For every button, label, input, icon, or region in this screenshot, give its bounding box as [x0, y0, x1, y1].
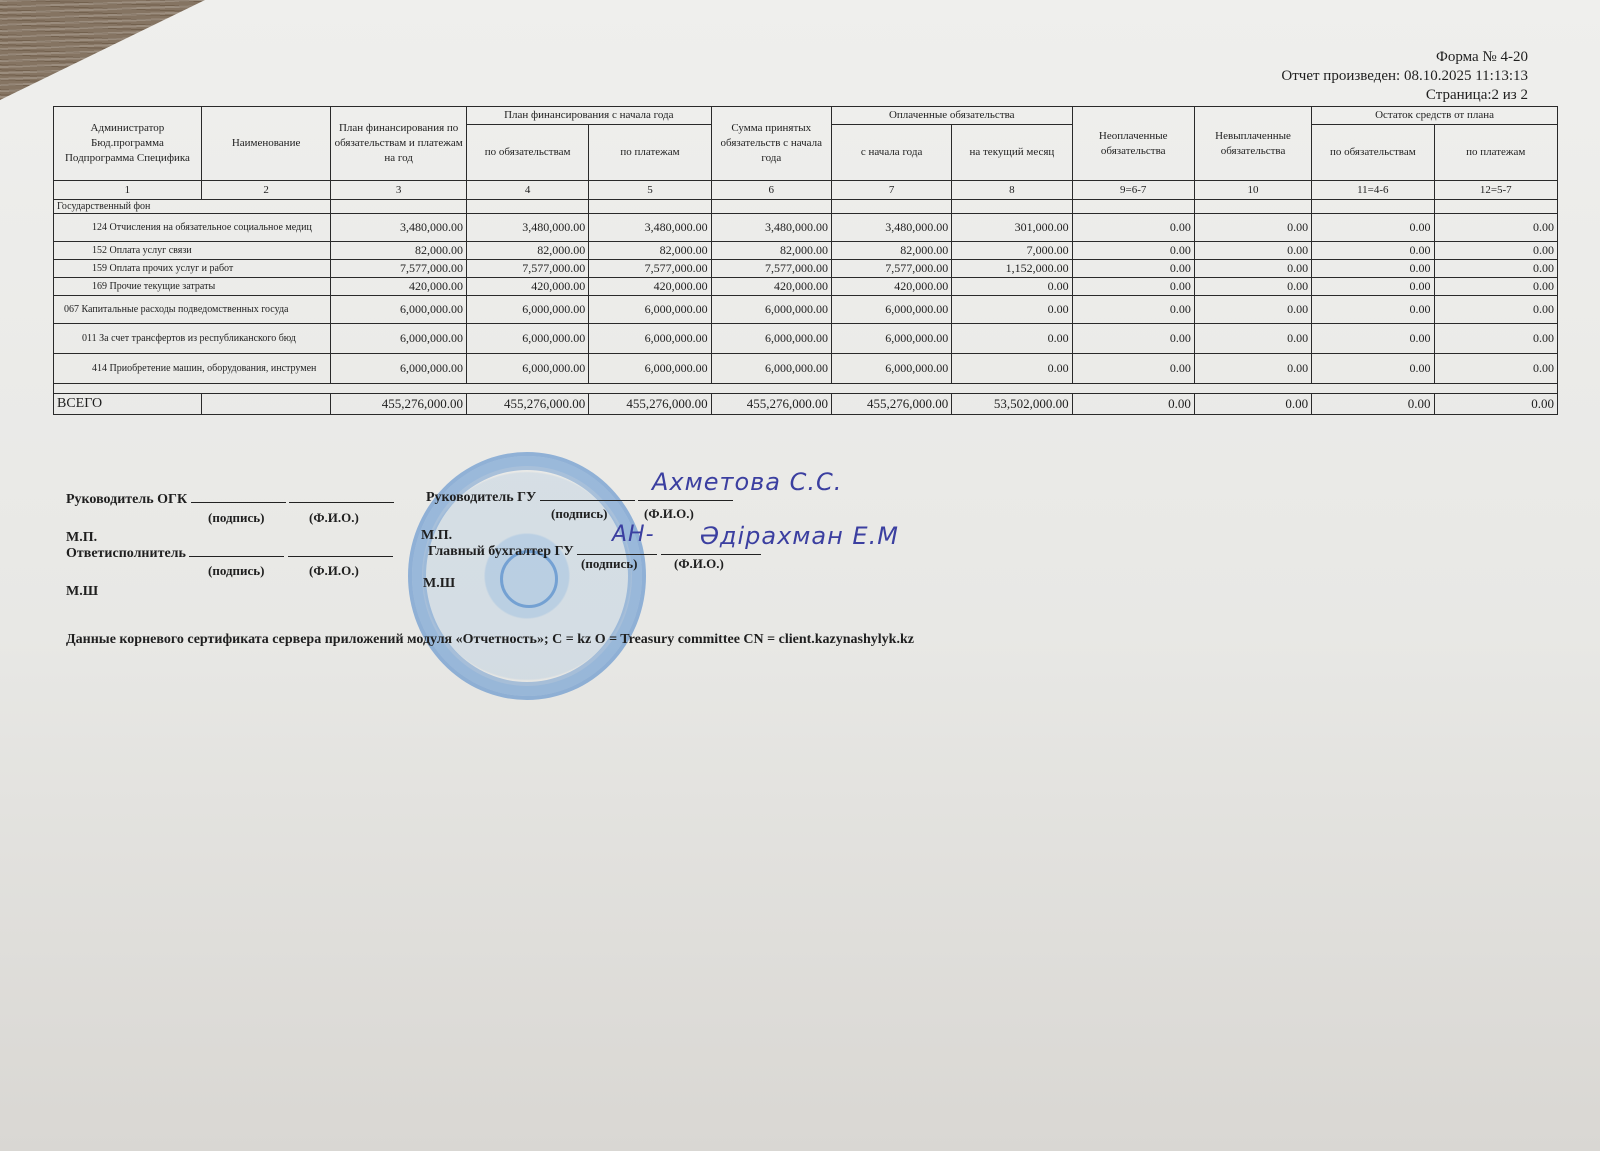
column-number: 6 — [711, 181, 831, 200]
header-undisbursed: Невыплаченные обязательства — [1194, 107, 1311, 181]
cell-value: 6,000,000.00 — [466, 296, 588, 324]
header-plan-obligations: по обязательствам — [466, 125, 588, 181]
cell-value: 0.00 — [1434, 324, 1558, 354]
cell-value: 0.00 — [1434, 296, 1558, 324]
cell-value: 301,000.00 — [952, 214, 1072, 242]
cell-value: 6,000,000.00 — [466, 324, 588, 354]
total-value: 0.00 — [1434, 394, 1558, 415]
cell-value: 0.00 — [1072, 242, 1194, 260]
cell-value: 0.00 — [1072, 324, 1194, 354]
msh-label: М.Ш — [66, 584, 98, 600]
cell-value: 3,480,000.00 — [589, 214, 711, 242]
cell-value: 0.00 — [1312, 296, 1434, 324]
cell-value: 6,000,000.00 — [466, 354, 588, 384]
cell-value: 0.00 — [1194, 214, 1311, 242]
cell-value: 7,577,000.00 — [331, 260, 467, 278]
cell-value: 0.00 — [1194, 278, 1311, 296]
signature-caption: (подпись) — [551, 506, 607, 521]
form-number: Форма № 4-20 — [1281, 48, 1528, 67]
cell-value: 3,480,000.00 — [831, 214, 951, 242]
column-number: 11=4-6 — [1312, 181, 1434, 200]
cell-value: 0.00 — [952, 278, 1072, 296]
row-label: 124 Отчисления на обязательное социально… — [54, 214, 331, 242]
cell-value: 0.00 — [1312, 278, 1434, 296]
cell-value: 0.00 — [952, 354, 1072, 384]
cell-value: 0.00 — [1072, 354, 1194, 384]
header-name: Наименование — [201, 107, 330, 181]
report-header: Форма № 4-20 Отчет произведен: 08.10.202… — [1281, 48, 1528, 105]
cell-value: 0.00 — [1434, 214, 1558, 242]
table-row: 067 Капитальные расходы подведомственных… — [54, 296, 1558, 324]
head-ogk-label: Руководитель ОГК — [66, 492, 187, 507]
report-timestamp: Отчет произведен: 08.10.2025 11:13:13 — [1281, 67, 1528, 86]
row-label: 067 Капитальные расходы подведомственных… — [54, 296, 331, 324]
cell-value: 0.00 — [1312, 260, 1434, 278]
row-label: 011 За счет трансфертов из республиканск… — [54, 324, 331, 354]
cell-value: 82,000.00 — [466, 242, 588, 260]
table-row: 011 За счет трансфертов из республиканск… — [54, 324, 1558, 354]
cell-value: 6,000,000.00 — [831, 324, 951, 354]
column-number: 9=6-7 — [1072, 181, 1194, 200]
head-gu-label: Руководитель ГУ — [426, 490, 536, 505]
total-value: 455,276,000.00 — [589, 394, 711, 415]
cell-value: 0.00 — [1312, 354, 1434, 384]
fio-caption: (Ф.И.О.) — [309, 510, 359, 525]
fio-caption: (Ф.И.О.) — [674, 556, 724, 571]
row-label: 169 Прочие текущие затраты — [54, 278, 331, 296]
header-rest-obligations: по обязательствам — [1312, 125, 1434, 181]
msh-label-gu: М.Ш — [423, 576, 455, 592]
signature-caption: (подпись) — [208, 563, 264, 578]
chief-accountant-handwritten-name: Әдірахман Е.М — [700, 522, 899, 550]
cell-value: 0.00 — [952, 324, 1072, 354]
cell-value: 420,000.00 — [831, 278, 951, 296]
chief-accountant-signature: AH- — [612, 522, 655, 547]
total-value: 0.00 — [1194, 394, 1311, 415]
cell-value: 82,000.00 — [589, 242, 711, 260]
cell-value: 6,000,000.00 — [331, 354, 467, 384]
column-number-row: 123456789=6-71011=4-612=5-7 — [54, 181, 1558, 200]
cell-value: 0.00 — [1072, 278, 1194, 296]
cell-value: 0.00 — [1072, 260, 1194, 278]
cell-value: 82,000.00 — [831, 242, 951, 260]
cell-value: 0.00 — [1312, 324, 1434, 354]
head-gu-handwritten-name: Ахметова С.С. — [652, 468, 842, 496]
total-label: ВСЕГО — [54, 394, 202, 415]
fio-caption: (Ф.И.О.) — [309, 563, 359, 578]
cell-value: 7,000.00 — [952, 242, 1072, 260]
total-value: 455,276,000.00 — [331, 394, 467, 415]
cell-value: 7,577,000.00 — [589, 260, 711, 278]
total-value: 53,502,000.00 — [952, 394, 1072, 415]
table-row: 414 Приобретение машин, оборудования, ин… — [54, 354, 1558, 384]
cell-value: 0.00 — [952, 296, 1072, 324]
column-number: 4 — [466, 181, 588, 200]
signature-caption: (подпись) — [581, 556, 637, 571]
header-plan-ytd-group: План финансирования с начала года — [466, 107, 711, 125]
cell-value: 0.00 — [1194, 260, 1311, 278]
table-row: 152 Оплата услуг связи82,000.0082,000.00… — [54, 242, 1558, 260]
cell-value: 82,000.00 — [711, 242, 831, 260]
column-number: 7 — [831, 181, 951, 200]
cell-value: 0.00 — [1072, 296, 1194, 324]
total-value: 455,276,000.00 — [831, 394, 951, 415]
total-value: 0.00 — [1312, 394, 1434, 415]
chief-accountant-label: Главный бухгалтер ГУ — [428, 544, 574, 559]
cell-value: 6,000,000.00 — [331, 324, 467, 354]
cell-value: 0.00 — [1434, 354, 1558, 384]
cell-value: 7,577,000.00 — [711, 260, 831, 278]
signature-caption: (подпись) — [208, 510, 264, 525]
cell-value: 0.00 — [1194, 354, 1311, 384]
cell-value: 7,577,000.00 — [831, 260, 951, 278]
page-number: Страница:2 из 2 — [1281, 86, 1528, 105]
responsible-label: Ответисполнитель — [66, 546, 186, 561]
cell-value: 7,577,000.00 — [466, 260, 588, 278]
header-paid-group: Оплаченные обязательства — [831, 107, 1072, 125]
cell-value: 420,000.00 — [711, 278, 831, 296]
column-number: 10 — [1194, 181, 1311, 200]
row-label: 152 Оплата услуг связи — [54, 242, 331, 260]
header-paid-ytd: с начала года — [831, 125, 951, 181]
row-label: 159 Оплата прочих услуг и работ — [54, 260, 331, 278]
cell-value: 3,480,000.00 — [711, 214, 831, 242]
table-row: 124 Отчисления на обязательное социально… — [54, 214, 1558, 242]
cell-value: 0.00 — [1312, 242, 1434, 260]
cell-value: 0.00 — [1434, 278, 1558, 296]
mp-label-gu: М.П. — [421, 528, 452, 544]
cell-value: 420,000.00 — [589, 278, 711, 296]
header-annual-plan: План финансирования по обязательствам и … — [331, 107, 467, 181]
header-paid-month: на текущий месяц — [952, 125, 1072, 181]
header-plan-payments: по платежам — [589, 125, 711, 181]
column-number: 1 — [54, 181, 202, 200]
total-value: 455,276,000.00 — [466, 394, 588, 415]
cell-value: 0.00 — [1194, 324, 1311, 354]
cell-value: 0.00 — [1312, 214, 1434, 242]
header-remainder-group: Остаток средств от плана — [1312, 107, 1558, 125]
mp-label: М.П. — [66, 530, 97, 546]
financing-report-table: Администратор Бюд.программа Подпрограмма… — [53, 106, 1558, 415]
cell-value: 6,000,000.00 — [331, 296, 467, 324]
header-rest-payments: по платежам — [1434, 125, 1558, 181]
column-number: 12=5-7 — [1434, 181, 1558, 200]
cell-value: 0.00 — [1194, 296, 1311, 324]
total-value: 455,276,000.00 — [711, 394, 831, 415]
header-admin: Администратор Бюд.программа Подпрограмма… — [54, 107, 202, 181]
table-row: 169 Прочие текущие затраты420,000.00420,… — [54, 278, 1558, 296]
cell-value: 0.00 — [1194, 242, 1311, 260]
header-unpaid: Неоплаченные обязательства — [1072, 107, 1194, 181]
column-number: 3 — [331, 181, 467, 200]
fio-caption: (Ф.И.О.) — [644, 506, 694, 521]
cell-value: 82,000.00 — [331, 242, 467, 260]
fund-label: Государственный фон — [54, 200, 331, 214]
column-number: 5 — [589, 181, 711, 200]
row-label: 414 Приобретение машин, оборудования, ин… — [54, 354, 331, 384]
cell-value: 0.00 — [1072, 214, 1194, 242]
cell-value: 6,000,000.00 — [711, 296, 831, 324]
cell-value: 3,480,000.00 — [466, 214, 588, 242]
total-row: ВСЕГО455,276,000.00455,276,000.00455,276… — [54, 394, 1558, 415]
cell-value: 6,000,000.00 — [711, 324, 831, 354]
cell-value: 1,152,000.00 — [952, 260, 1072, 278]
document-page: Форма № 4-20 Отчет произведен: 08.10.202… — [0, 0, 1600, 1151]
cell-value: 0.00 — [1434, 242, 1558, 260]
cell-value: 420,000.00 — [331, 278, 467, 296]
table-row: 159 Оплата прочих услуг и работ7,577,000… — [54, 260, 1558, 278]
cell-value: 6,000,000.00 — [589, 296, 711, 324]
cell-value: 6,000,000.00 — [589, 324, 711, 354]
header-accepted-obligations: Сумма принятых обязательств с начала год… — [711, 107, 831, 181]
cell-value: 6,000,000.00 — [711, 354, 831, 384]
total-value: 0.00 — [1072, 394, 1194, 415]
column-number: 2 — [201, 181, 330, 200]
cell-value: 420,000.00 — [466, 278, 588, 296]
cell-value: 6,000,000.00 — [589, 354, 711, 384]
certificate-info: Данные корневого сертификата сервера при… — [66, 632, 914, 648]
cell-value: 0.00 — [1434, 260, 1558, 278]
cell-value: 6,000,000.00 — [831, 354, 951, 384]
cell-value: 6,000,000.00 — [831, 296, 951, 324]
column-number: 8 — [952, 181, 1072, 200]
cell-value: 3,480,000.00 — [331, 214, 467, 242]
